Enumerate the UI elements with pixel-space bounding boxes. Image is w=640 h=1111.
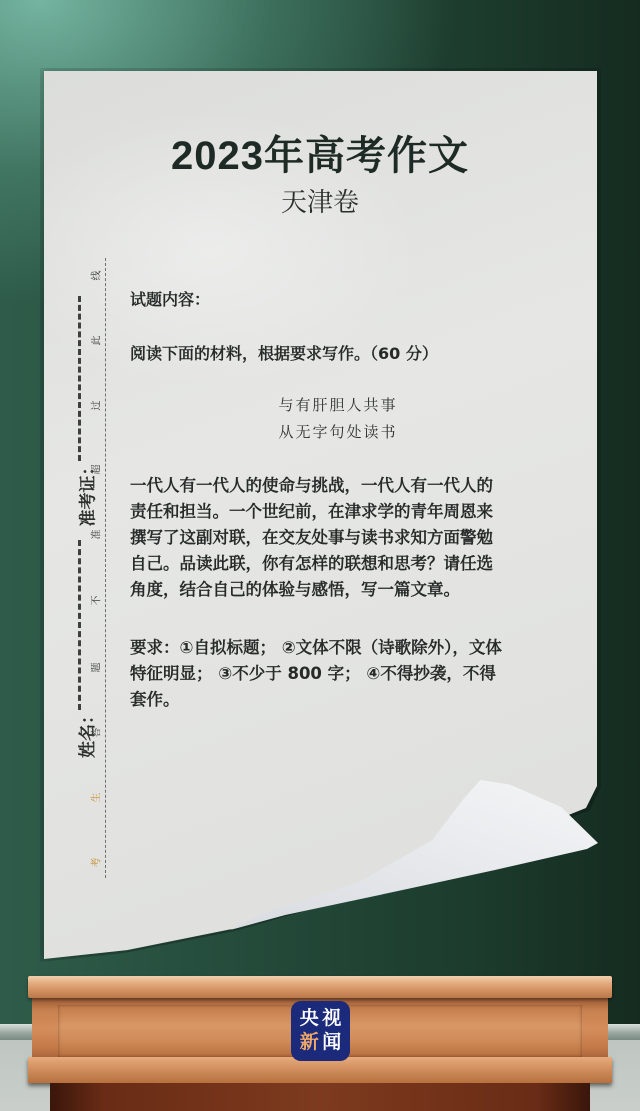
name-blank <box>78 540 81 710</box>
podium-top <box>28 976 612 998</box>
material-line: 自己。品读此联，你有怎样的联想和思考？请任选 <box>130 551 570 577</box>
seal-char: 考 <box>88 856 103 870</box>
requirement-line: 特征明显； ③不少于 800 字； ④不得抄袭，不得 <box>130 661 570 687</box>
material-line: 一代人有一代人的使命与挑战，一代人有一代人的 <box>130 473 570 499</box>
podium-lower <box>50 1083 590 1111</box>
logo-char: 央 <box>298 1007 321 1031</box>
page-subtitle: 天津卷 <box>0 182 640 219</box>
seal-line <box>105 258 106 878</box>
requirement-line: 要求：①自拟标题； ②文体不限（诗歌除外），文体 <box>130 635 570 661</box>
material-line: 角度，结合自己的体验与感悟，写一篇文章。 <box>130 577 570 603</box>
seal-char: 不 <box>88 594 103 608</box>
material-line: 责任和担当。一个世纪前，在津求学的青年周恩来 <box>130 499 570 525</box>
seal-char: 超 <box>88 463 103 477</box>
material-line: 撰写了这副对联，在交友处事与读书求知方面警勉 <box>130 525 570 551</box>
seal-char: 准 <box>88 528 103 542</box>
page-title: 2023年高考作文 <box>0 124 640 181</box>
instruction-text: 阅读下面的材料，根据要求写作。（60 分） <box>130 341 438 364</box>
requirements-paragraph: 要求：①自拟标题； ②文体不限（诗歌除外），文体 特征明显； ③不少于 800 … <box>130 635 570 713</box>
couplet-line: 从无字句处读书 <box>0 421 640 442</box>
seal-char: 答 <box>88 726 103 740</box>
logo-char: 新 <box>298 1031 321 1055</box>
couplet-line: 与有肝胆人共事 <box>0 394 640 415</box>
material-paragraph: 一代人有一代人的使命与挑战，一代人有一代人的 责任和担当。一个世纪前，在津求学的… <box>130 473 570 603</box>
requirement-line: 套作。 <box>130 687 570 713</box>
logo-char: 闻 <box>321 1031 344 1055</box>
seal-char: 题 <box>88 661 103 675</box>
cctv-news-logo: 央 视 新 闻 <box>291 1001 350 1061</box>
seal-char: 生 <box>88 791 103 805</box>
seal-char: 此 <box>88 334 103 348</box>
logo-char: 视 <box>321 1007 344 1031</box>
seal-char: 线 <box>88 269 103 283</box>
section-label: 试题内容： <box>130 287 210 310</box>
